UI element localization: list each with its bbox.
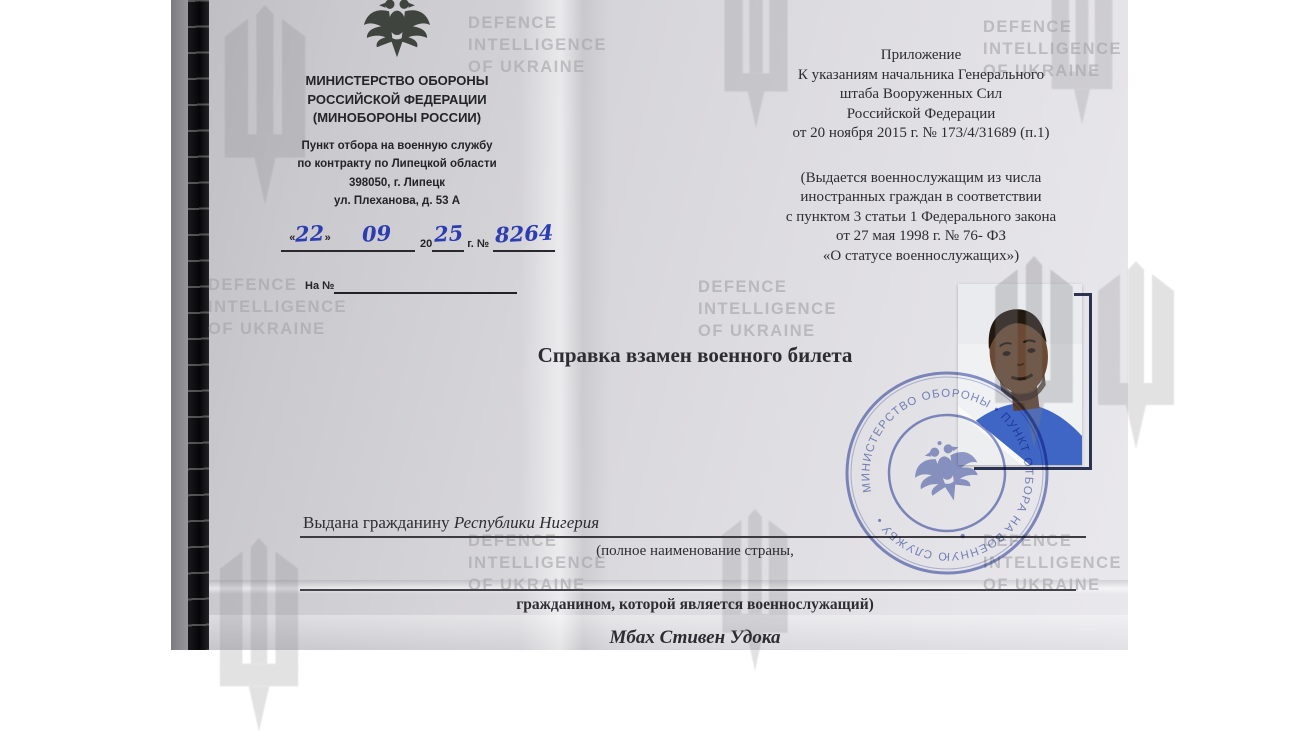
date-and-number-line: «22» 09 20 25 г. № 8264 (281, 222, 555, 252)
ministry-line: РОССИЙСКОЙ ФЕДЕРАЦИИ (272, 91, 522, 110)
office-line: 398050, г. Липецк (272, 174, 522, 193)
photo-frame-line (1089, 293, 1092, 470)
form-line (300, 589, 1076, 591)
handwritten-day: 22 (295, 223, 325, 245)
date-day-field: «22» (281, 224, 339, 252)
office-line: Пункт отбора на военную службу (272, 137, 522, 156)
reference-number-line: На № (305, 278, 517, 294)
appendix-line: иностранных граждан в соответствии (705, 188, 1137, 208)
year-prefix: 20 (420, 236, 432, 252)
appendix-line: Приложение (705, 46, 1137, 66)
appendix-line: (Выдается военнослужащим из числа (705, 169, 1137, 189)
ministry-line: (МИНОБОРОНЫ РОССИИ) (272, 109, 522, 128)
diu-watermark: DEFENCEINTELLIGENCEOF UKRAINE (468, 12, 607, 78)
document-scan: DEFENCEINTELLIGENCEOF UKRAINE DEFENCEINT… (0, 0, 1300, 650)
appendix-line: от 20 ноября 2015 г. № 173/4/31689 (п.1) (705, 124, 1137, 144)
citizenship-caption: гражданином, которой является военнослуж… (430, 596, 960, 614)
appendix-line: штаба Вооруженных Сил (705, 85, 1137, 105)
doc-number-field: 8264 (493, 224, 555, 252)
appendix-line: от 27 мая 1998 г. № 76- ФЗ (705, 227, 1137, 247)
trident-watermark-icon (1086, 255, 1186, 467)
scan-edge-shadow (171, 0, 188, 650)
appendix-block: Приложение К указаниям начальника Генера… (705, 46, 1137, 266)
appendix-line: с пунктом 3 статьи 1 Федерального закона (705, 208, 1137, 228)
handwritten-year: 25 (433, 223, 463, 245)
date-month-field: 09 (339, 224, 415, 252)
na-no-label: На № (305, 278, 334, 294)
trident-watermark-icon (206, 538, 312, 650)
issuing-authority-block: МИНИСТЕРСТВО ОБОРОНЫ РОССИЙСКОЙ ФЕДЕРАЦИ… (272, 72, 522, 211)
office-line: по контракту по Липецкой области (272, 155, 522, 174)
double-headed-eagle-emblem-icon (352, 0, 442, 58)
number-label: г. № (467, 236, 489, 252)
ministry-line: МИНИСТЕРСТВО ОБОРОНЫ (272, 72, 522, 91)
appendix-line: Российской Федерации (705, 105, 1137, 125)
office-line: ул. Плеханова, д. 53 А (272, 192, 522, 211)
date-year-field: 25 (432, 224, 464, 252)
handwritten-number: 8264 (494, 222, 553, 245)
country-value: Республики Нигерия (450, 513, 600, 532)
soldier-name: Мбах Стивен Удока (430, 627, 960, 649)
issued-to-line: Выдана гражданину Республики Нигерия (303, 513, 599, 533)
blank-line (334, 279, 517, 294)
diu-watermark: DEFENCEINTELLIGENCEOF UKRAINE (468, 530, 607, 596)
document-title: Справка взамен военного билета (470, 343, 920, 368)
appendix-line: К указаниям начальника Генерального (705, 66, 1137, 86)
diu-watermark: DEFENCEINTELLIGENCEOF UKRAINE (698, 276, 837, 342)
handwritten-month: 09 (362, 223, 392, 245)
round-stamp: МИНИСТЕРСТВО ОБОРОНЫ • ПУНКТ ОТБОРА НА В… (840, 366, 1054, 580)
